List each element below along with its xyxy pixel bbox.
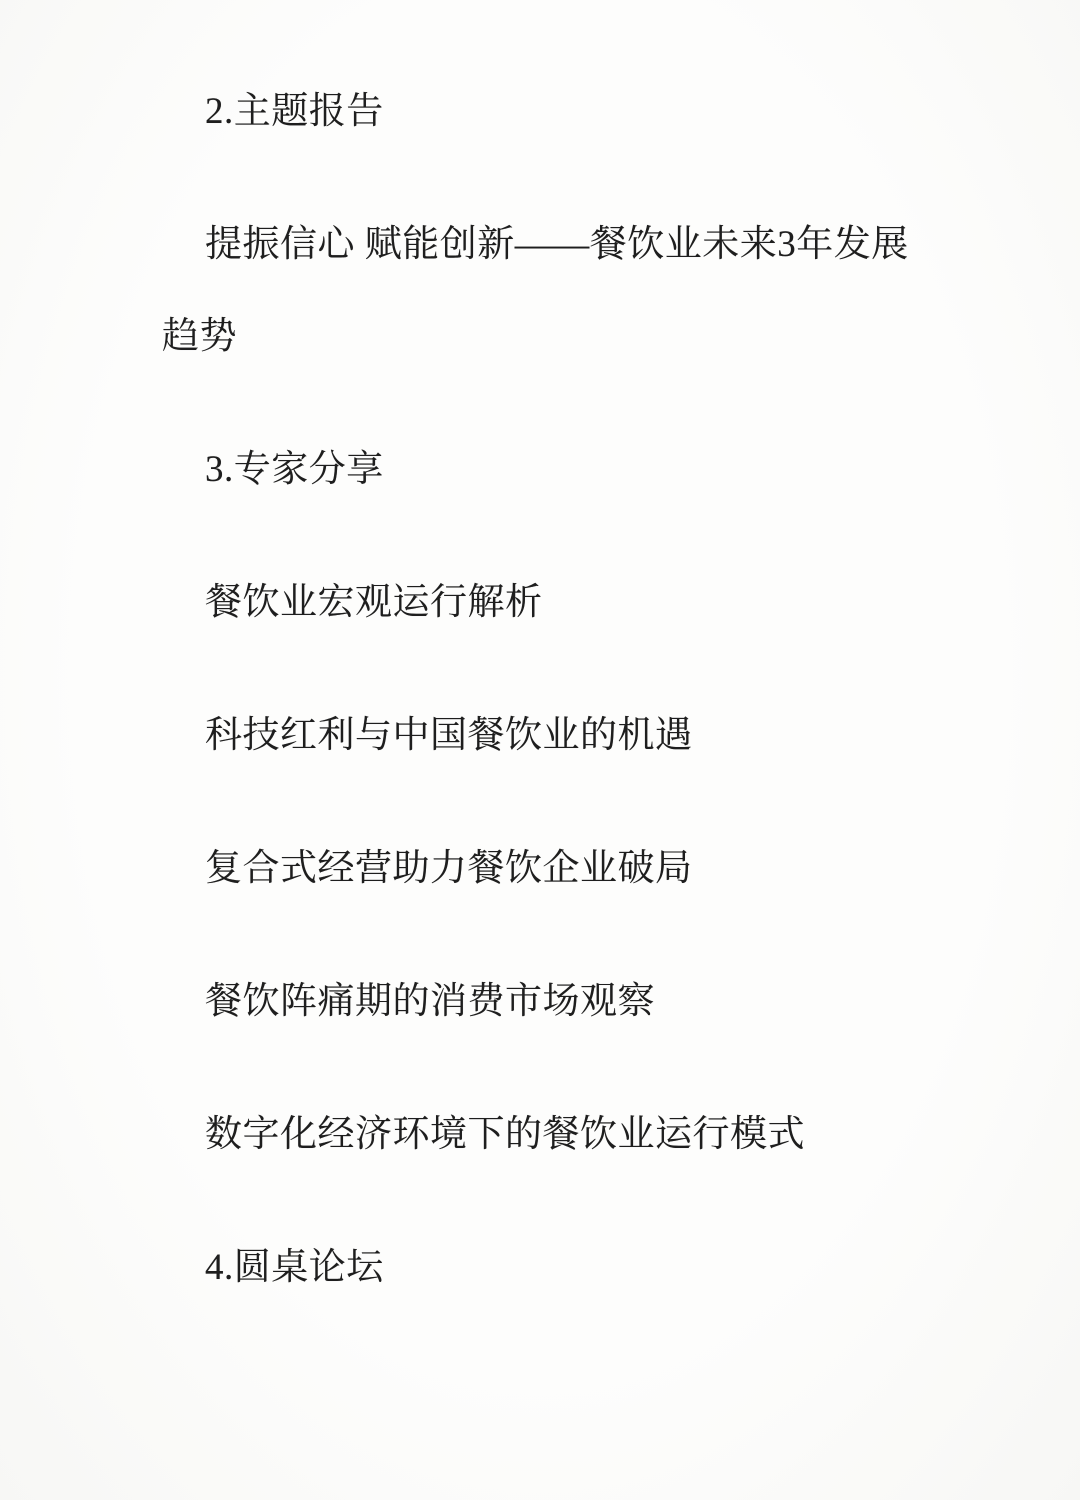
expert-topic-4: 餐饮阵痛期的消费市场观察 (162, 956, 990, 1048)
expert-topic-3: 复合式经营助力餐饮企业破局 (162, 823, 990, 915)
report-title-line-1: 提振信心 赋能创新——餐饮业未来3年发展 (162, 199, 990, 291)
expert-topic-5: 数字化经济环境下的餐饮业运行模式 (162, 1089, 990, 1181)
section-2-heading: 2.主题报告 (162, 66, 990, 158)
section-3-heading: 3.专家分享 (162, 424, 990, 516)
document-page: 2.主题报告 提振信心 赋能创新——餐饮业未来3年发展 趋势 3.专家分享 餐饮… (0, 0, 1080, 1500)
section-4-heading: 4.圆桌论坛 (162, 1222, 990, 1314)
report-title-line-2: 趋势 (162, 291, 990, 383)
expert-topic-2: 科技红利与中国餐饮业的机遇 (162, 690, 990, 782)
expert-topic-1: 餐饮业宏观运行解析 (162, 557, 990, 649)
